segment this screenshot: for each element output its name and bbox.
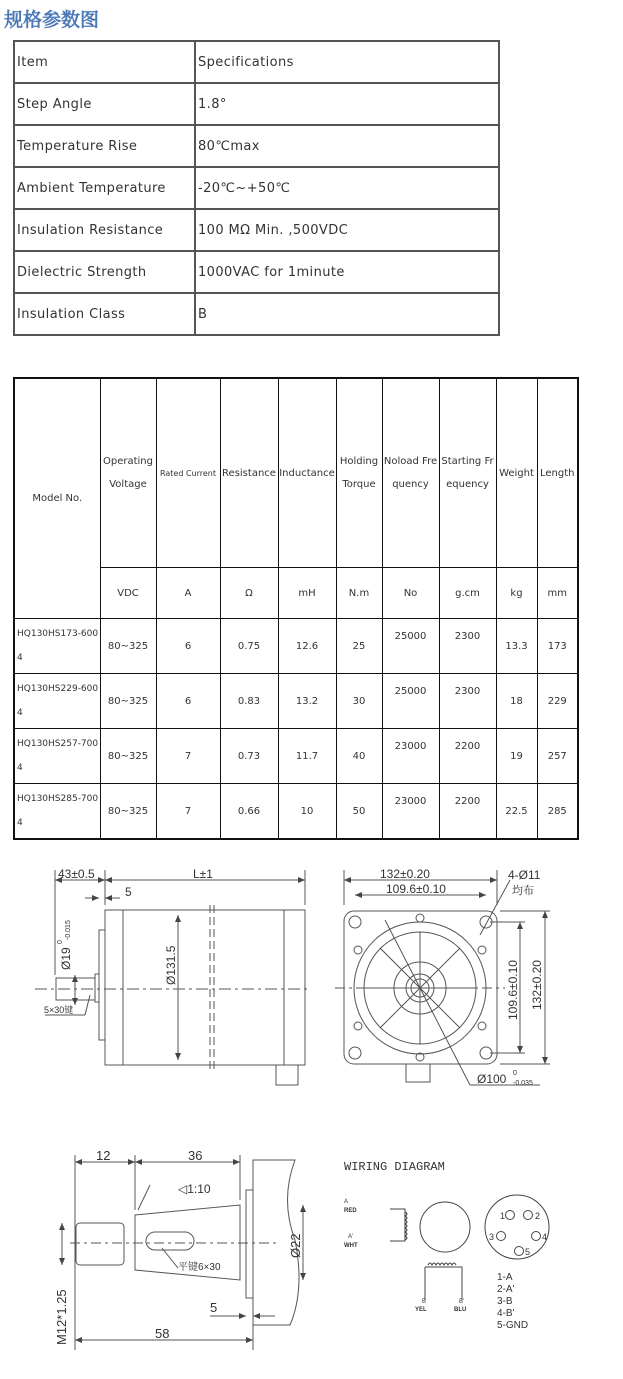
- table-row: HQ130HS173-600480~32560.7512.62525000230…: [14, 619, 578, 674]
- dim-inner: 109.6±0.10: [386, 882, 446, 896]
- side-view-labels: 43±0.5 L±1 5 Ø19 -0.015 0 Ø131.5 5×30键: [44, 867, 213, 1015]
- spec-item: Item: [14, 41, 195, 83]
- pilot-tol-lower: -0.035: [513, 1080, 533, 1087]
- spec-row: Insulation ClassB: [14, 293, 499, 335]
- cell-noload: 23000: [382, 729, 439, 784]
- holes-note: 均布: [512, 883, 534, 897]
- legend-4: 4-B': [497, 1308, 515, 1319]
- legend-2: 2-A': [497, 1284, 515, 1295]
- cell-weight: 19: [496, 729, 537, 784]
- pilot-tol-upper: 0: [513, 1070, 517, 1077]
- header-row: Model No. Operating Voltage Rated Curren…: [14, 378, 578, 568]
- cell-inductance: 12.6: [278, 619, 336, 674]
- spec-row: Ambient Temperature-20℃~+50℃: [14, 167, 499, 209]
- spec-row: Temperature Rise80℃max: [14, 125, 499, 167]
- technical-drawing: 43±0.5 L±1 5 Ø19 -0.015 0 Ø131.5 5×30键: [0, 830, 623, 1379]
- coil-a-bottom: A': [348, 1234, 353, 1240]
- cell-voltage: 80~325: [100, 674, 156, 729]
- coil-b-right-color: BLU: [454, 1307, 466, 1313]
- front-view-labels: 132±0.20 109.6±0.10 4-Ø11 均布 109.6±0.10 …: [380, 867, 544, 1087]
- unit-current: A: [156, 568, 220, 619]
- unit-weight: kg: [496, 568, 537, 619]
- table-row: HQ130HS257-700480~32570.7311.74023000220…: [14, 729, 578, 784]
- spec-item: Step Angle: [14, 83, 195, 125]
- cell-voltage: 80~325: [100, 729, 156, 784]
- unit-resistance: Ω: [220, 568, 278, 619]
- unit-length: mm: [537, 568, 578, 619]
- cell-length: 257: [537, 729, 578, 784]
- spec-item: Ambient Temperature: [14, 167, 195, 209]
- header-starting: Starting Frequency: [439, 378, 496, 568]
- holes-label: 4-Ø11: [508, 868, 541, 882]
- coil-b-left: B: [422, 1299, 426, 1305]
- spec-value: B: [195, 293, 499, 335]
- pin-2: 2: [535, 1211, 540, 1221]
- spec-value: 1000VAC for 1minute: [195, 251, 499, 293]
- unit-torque: N.m: [336, 568, 382, 619]
- dim-taper-length: 36: [188, 1148, 202, 1163]
- header-voltage: Operating Voltage: [100, 378, 156, 568]
- cell-resistance: 0.73: [220, 729, 278, 784]
- model-table: Model No. Operating Voltage Rated Curren…: [13, 377, 579, 840]
- coil-b-left-color: YEL: [415, 1307, 427, 1313]
- pin-3: 3: [489, 1232, 494, 1242]
- header-current: Rated Current: [156, 378, 220, 568]
- table-row: HQ130HS229-600480~32560.8313.23025000230…: [14, 674, 578, 729]
- coil-b-right: B': [459, 1299, 464, 1305]
- dim-total-length: 58: [155, 1326, 169, 1341]
- cell-torque: 40: [336, 729, 382, 784]
- pin-4: 4: [542, 1232, 547, 1242]
- cell-noload: 25000: [382, 674, 439, 729]
- legend-1: 1-A: [497, 1272, 513, 1283]
- dim-inner-v: 109.6±0.10: [506, 960, 520, 1020]
- pin-5: 5: [525, 1247, 530, 1257]
- dim-flange: 5: [210, 1300, 217, 1315]
- key-label: 平键6×30: [178, 1260, 221, 1273]
- spec-value: 100 MΩ Min. ,500VDC: [195, 209, 499, 251]
- header-resistance: Resistance: [220, 378, 278, 568]
- coil-a-top: A: [344, 1199, 348, 1205]
- spec-item: Temperature Rise: [14, 125, 195, 167]
- spec-value: Specifications: [195, 41, 499, 83]
- dim-outer-v: 132±0.20: [530, 960, 544, 1010]
- dim-shaft-dia: Ø22: [288, 1233, 303, 1258]
- cell-length: 173: [537, 619, 578, 674]
- page-title: 规格参数图: [4, 5, 99, 32]
- dim-body-length: L±1: [193, 867, 213, 881]
- coil-a-bottom-color: WHT: [344, 1243, 358, 1249]
- spec-item: Dielectric Strength: [14, 251, 195, 293]
- unit-inductance: mH: [278, 568, 336, 619]
- cell-resistance: 0.75: [220, 619, 278, 674]
- wiring-diagram: WIRING DIAGRAM A RED A' WHT B YEL B' BLU…: [344, 1160, 549, 1331]
- spec-row: Step Angle1.8°: [14, 83, 499, 125]
- thread-label: M12*1.25: [54, 1289, 69, 1345]
- unit-noload: No: [382, 568, 439, 619]
- dim-shaft-tol-upper: 0: [57, 940, 64, 944]
- cell-voltage: 80~325: [100, 619, 156, 674]
- dim-body-dia: Ø131.5: [164, 945, 178, 985]
- taper-label: ◁1:10: [178, 1182, 211, 1196]
- spec-item: Insulation Class: [14, 293, 195, 335]
- coil-a-top-color: RED: [344, 1208, 357, 1214]
- cell-starting: 2300: [439, 674, 496, 729]
- cell-inductance: 11.7: [278, 729, 336, 784]
- spec-row: Dielectric Strength1000VAC for 1minute: [14, 251, 499, 293]
- cell-model: HQ130HS257-7004: [14, 729, 100, 784]
- cell-current: 6: [156, 674, 220, 729]
- cell-noload: 25000: [382, 619, 439, 674]
- cell-weight: 13.3: [496, 619, 537, 674]
- legend-3: 3-B: [497, 1296, 513, 1307]
- cell-weight: 18: [496, 674, 537, 729]
- cell-starting: 2300: [439, 619, 496, 674]
- cell-torque: 25: [336, 619, 382, 674]
- pilot-dia: Ø100: [477, 1072, 507, 1086]
- unit-starting: g.cm: [439, 568, 496, 619]
- cell-inductance: 13.2: [278, 674, 336, 729]
- cell-length: 229: [537, 674, 578, 729]
- spec-value: -20℃~+50℃: [195, 167, 499, 209]
- header-torque: Holding Torque: [336, 378, 382, 568]
- cell-resistance: 0.83: [220, 674, 278, 729]
- dim-outer: 132±0.20: [380, 867, 430, 881]
- dim-shaft-length: 43±0.5: [58, 867, 95, 881]
- spec-row: Insulation Resistance100 MΩ Min. ,500VDC: [14, 209, 499, 251]
- spec-table: ItemSpecificationsStep Angle1.8°Temperat…: [13, 40, 500, 336]
- wiring-title: WIRING DIAGRAM: [344, 1160, 445, 1174]
- spec-value: 1.8°: [195, 83, 499, 125]
- cell-torque: 30: [336, 674, 382, 729]
- spec-value: 80℃max: [195, 125, 499, 167]
- header-inductance: Inductance: [278, 378, 336, 568]
- dim-shaft-dia: Ø19: [59, 947, 73, 970]
- dim-shaft-tol-lower: -0.015: [65, 920, 72, 940]
- cell-starting: 2200: [439, 729, 496, 784]
- header-weight: Weight: [496, 378, 537, 568]
- spec-item: Insulation Resistance: [14, 209, 195, 251]
- cell-current: 7: [156, 729, 220, 784]
- cell-model: HQ130HS229-6004: [14, 674, 100, 729]
- unit-voltage: VDC: [100, 568, 156, 619]
- legend-5: 5-GND: [497, 1320, 528, 1331]
- cell-current: 6: [156, 619, 220, 674]
- dim-flange: 5: [125, 885, 132, 899]
- spec-row: ItemSpecifications: [14, 41, 499, 83]
- pin-1: 1: [500, 1211, 505, 1221]
- header-noload: Noload Frequency: [382, 378, 439, 568]
- header-model: Model No.: [14, 378, 100, 619]
- header-length: Length: [537, 378, 578, 568]
- key-label: 5×30键: [44, 1004, 73, 1015]
- dim-thread-length: 12: [96, 1148, 110, 1163]
- shaft-detail-labels: 12 36 ◁1:10 Ø22 平键6×30 5 58 M12*1.25: [54, 1148, 303, 1345]
- cell-model: HQ130HS173-6004: [14, 619, 100, 674]
